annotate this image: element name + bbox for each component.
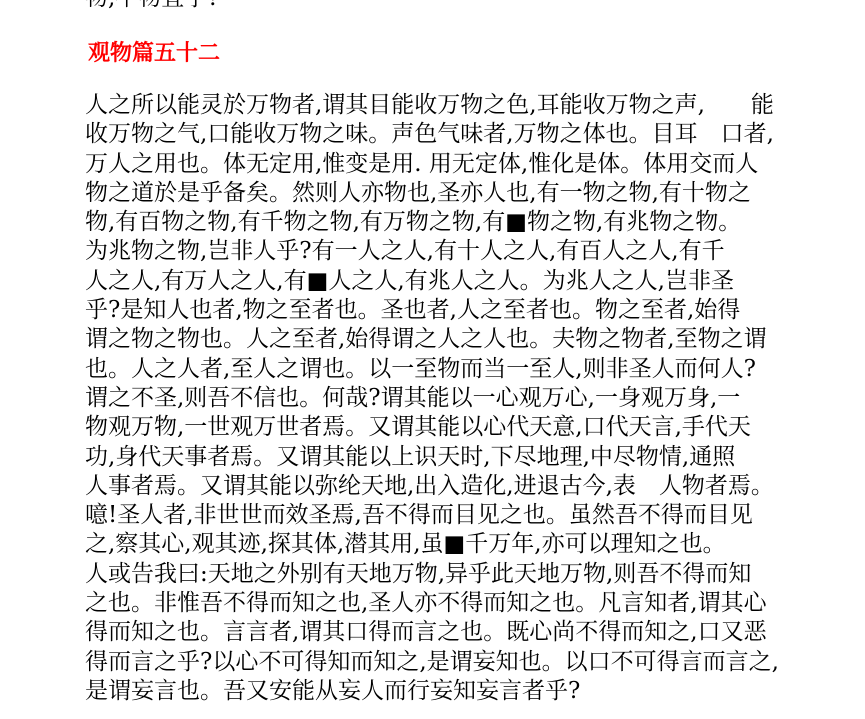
clipped-previous-section-line: 物,不物宜乎? bbox=[85, 0, 859, 13]
document-page: 物,不物宜乎? 观物篇五十二 人之所以能灵於万物者,谓其目能收万物之色,耳能收万… bbox=[85, 0, 859, 706]
chapter-body-text: 人之所以能灵於万物者,谓其目能收万物之色,耳能收万物之声, 能 收万物之气,口能… bbox=[85, 91, 865, 706]
chapter-heading: 观物篇五十二 bbox=[88, 42, 859, 65]
